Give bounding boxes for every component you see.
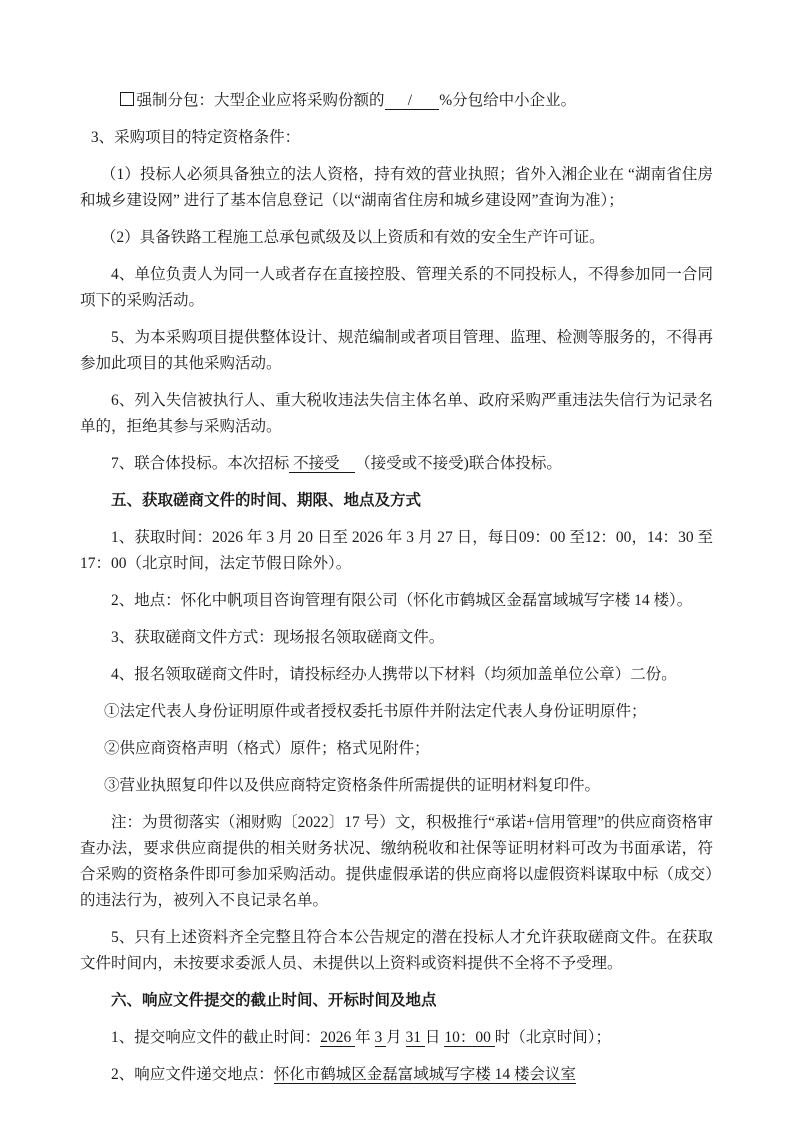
underlined-text: / xyxy=(385,92,440,110)
text-run: 年 xyxy=(355,1029,374,1046)
checkbox-icon xyxy=(120,92,134,106)
text-run: 7、联合体投标。本次招标 xyxy=(111,455,289,472)
text-run: 强制分包：大型企业应将采购份额的 xyxy=(137,92,385,109)
text-run: 1、获取时间：2026 年 3 月 20 日至 2026 年 3 月 27 日，… xyxy=(80,529,713,572)
s5-item-2-location: 2、地点：怀化中帆项目咨询管理有限公司（怀化市鹤城区金磊富域城写字楼 14 楼）… xyxy=(80,588,713,614)
item-3-specific-qualifications: 3、采购项目的特定资格条件： xyxy=(80,125,713,151)
section-5-heading: 五、获取磋商文件的时间、期限、地点及方式 xyxy=(80,488,713,514)
text-run: ②供应商资格声明（格式）原件；格式见附件； xyxy=(104,740,430,757)
underlined-text: 3 xyxy=(375,1029,387,1047)
s6-item-1-deadline: 1、提交响应文件的截止时间：2026 年 3 月 31 日 10：00 时（北京… xyxy=(80,1025,713,1051)
sub-item-1-legal-person: （1）投标人必须具备独立的法人资格，持有效的营业执照；省外入湘企业在 “湖南省住… xyxy=(80,162,713,214)
text-run: 4、单位负责人为同一人或者存在直接控股、管理关系的不同投标人，不得参加同一合同项… xyxy=(80,266,713,309)
s6-item-2-submit-address: 2、响应文件递交地点：怀化市鹤城区金磊富域城写字楼 14 楼会议室 xyxy=(80,1062,713,1088)
text-run: 2、地点：怀化中帆项目咨询管理有限公司（怀化市鹤城区金磊富域城写字楼 14 楼）… xyxy=(111,592,692,609)
underlined-text: 不接受 xyxy=(289,455,355,473)
underlined-text: 10：00 xyxy=(444,1029,494,1047)
text-run: （接受或不接受)联合体投标。 xyxy=(355,455,562,472)
text-run: 五、获取磋商文件的时间、期限、地点及方式 xyxy=(111,492,421,509)
s5-item-4-materials: 4、报名领取磋商文件时，请投标经办人携带以下材料（均须加盖单位公章）二份。 xyxy=(80,662,713,688)
item-6-dishonesty-list: 6、列入失信被执行人、重大税收违法失信主体名单、政府采购严重违法失信行为记录名单… xyxy=(80,388,713,440)
item-5-service-provider-restriction: 5、为本采购项目提供整体设计、规范编制或者项目管理、监理、检测等服务的，不得再参… xyxy=(80,325,713,377)
clause-mandatory-subcontract: 强制分包：大型企业应将采购份额的 / %分包给中小企业。 xyxy=(80,88,713,114)
text-run: 3、采购项目的特定资格条件： xyxy=(91,129,300,146)
text-run: 1、提交响应文件的截止时间： xyxy=(111,1029,320,1046)
document-page: 强制分包：大型企业应将采购份额的 / %分包给中小企业。3、采购项目的特定资格条… xyxy=(0,0,793,1122)
text-run: （2）具备铁路工程施工总承包贰级及以上资质和有效的安全生产许可证。 xyxy=(101,229,605,246)
text-run: 5、只有上述资料齐全完整且符合本公告规定的潜在投标人才允许获取磋商文件。在获取文… xyxy=(80,929,713,972)
text-run: 3、获取磋商文件方式：现场报名领取磋商文件。 xyxy=(111,629,444,646)
text-run: 5、为本采购项目提供整体设计、规范编制或者项目管理、监理、检测等服务的，不得再参… xyxy=(80,329,713,372)
text-run: ③营业执照复印件以及供应商特定资格条件所需提供的证明材料复印件。 xyxy=(104,777,600,794)
material-1-legal-rep-id: ①法定代表人身份证明原件或者授权委托书原件并附法定代表人身份证明原件； xyxy=(80,699,713,725)
text-run: 月 xyxy=(386,1029,405,1046)
underlined-text: 怀化市鹤城区金磊富域城写字楼 14 楼会议室 xyxy=(274,1066,576,1084)
text-run: 注：为贯彻落实（湘财购〔2022〕17 号）文，积极推行“承诺+信用管理”的供应… xyxy=(80,814,713,909)
text-run: 4、报名领取磋商文件时，请投标经办人携带以下材料（均须加盖单位公章）二份。 xyxy=(111,666,677,683)
section-6-heading: 六、响应文件提交的截止时间、开标时间及地点 xyxy=(80,988,713,1014)
note-credit-management: 注：为贯彻落实（湘财购〔2022〕17 号）文，积极推行“承诺+信用管理”的供应… xyxy=(80,810,713,914)
text-run: ①法定代表人身份证明原件或者授权委托书原件并附法定代表人身份证明原件； xyxy=(104,703,647,720)
s5-item-3-method: 3、获取磋商文件方式：现场报名领取磋商文件。 xyxy=(80,625,713,651)
text-run: 6、列入失信被执行人、重大税收违法失信主体名单、政府采购严重违法失信行为记录名单… xyxy=(80,392,713,435)
underlined-text: 2026 xyxy=(320,1029,355,1047)
underlined-text: 31 xyxy=(406,1029,425,1047)
sub-item-2-railway-qualification: （2）具备铁路工程施工总承包贰级及以上资质和有效的安全生产许可证。 xyxy=(80,225,713,251)
material-2-supplier-declaration: ②供应商资格声明（格式）原件；格式见附件； xyxy=(80,736,713,762)
text-run: （1）投标人必须具备独立的法人资格，持有效的营业执照；省外入湘企业在 “湖南省住… xyxy=(80,166,713,209)
text-run: 时（北京时间）； xyxy=(495,1029,611,1046)
text-run: 六、响应文件提交的截止时间、开标时间及地点 xyxy=(111,992,437,1009)
text-run: 日 xyxy=(425,1029,444,1046)
text-run: %分包给中小企业。 xyxy=(439,92,576,109)
s5-item-5-complete-materials: 5、只有上述资料齐全完整且符合本公告规定的潜在投标人才允许获取磋商文件。在获取文… xyxy=(80,925,713,977)
s5-item-1-obtain-time: 1、获取时间：2026 年 3 月 20 日至 2026 年 3 月 27 日，… xyxy=(80,525,713,577)
document-body: 强制分包：大型企业应将采购份额的 / %分包给中小企业。3、采购项目的特定资格条… xyxy=(80,88,713,1088)
material-3-business-license-copy: ③营业执照复印件以及供应商特定资格条件所需提供的证明材料复印件。 xyxy=(80,773,713,799)
item-4-same-responsible-person: 4、单位负责人为同一人或者存在直接控股、管理关系的不同投标人，不得参加同一合同项… xyxy=(80,262,713,314)
text-run: 2、响应文件递交地点： xyxy=(111,1066,274,1083)
item-7-consortium-bid: 7、联合体投标。本次招标 不接受 （接受或不接受)联合体投标。 xyxy=(80,451,713,477)
